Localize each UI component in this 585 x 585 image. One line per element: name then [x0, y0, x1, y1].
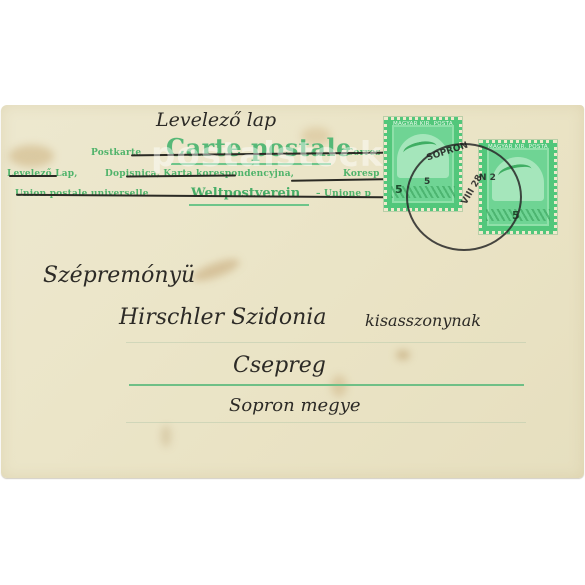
address-rule [129, 384, 524, 386]
printed-weltpostverein: Weltpostverein [191, 186, 300, 201]
faint-rule [126, 422, 526, 423]
address-recipient-name: Hirschler Szidonia [119, 305, 326, 330]
address-county: Sopron megye [229, 395, 361, 416]
stamp-value: 5 [395, 183, 403, 196]
stamp-inscription: MAGYAR KIR. POSTA [387, 121, 459, 127]
postcard: Levelező lap Postkarte Carte postale Cor… [1, 105, 584, 478]
postmark-time: N 2 [479, 173, 496, 183]
stain [9, 145, 54, 167]
strike-line [291, 178, 386, 182]
printed-levelezo-lap: Levelező Lap, [7, 169, 78, 179]
faint-rule [126, 342, 526, 343]
stain [396, 350, 410, 360]
stain [331, 375, 347, 397]
address-line-1: Szépremónyü [43, 263, 195, 288]
printed-postkarte: Postkarte [91, 148, 141, 158]
handwritten-heading: Levelező lap [156, 109, 276, 131]
address-recipient-title: kisasszonynak [365, 311, 481, 330]
watermark: postalstock [151, 135, 383, 175]
stamp-inscription: MAGYAR KIR. POSTA [482, 144, 554, 150]
stain [190, 255, 242, 285]
underline [189, 204, 309, 206]
address-town: Csepreg [233, 353, 326, 378]
strike-line [9, 175, 57, 177]
stain [161, 425, 171, 447]
postmark-code: 5 [424, 177, 430, 187]
